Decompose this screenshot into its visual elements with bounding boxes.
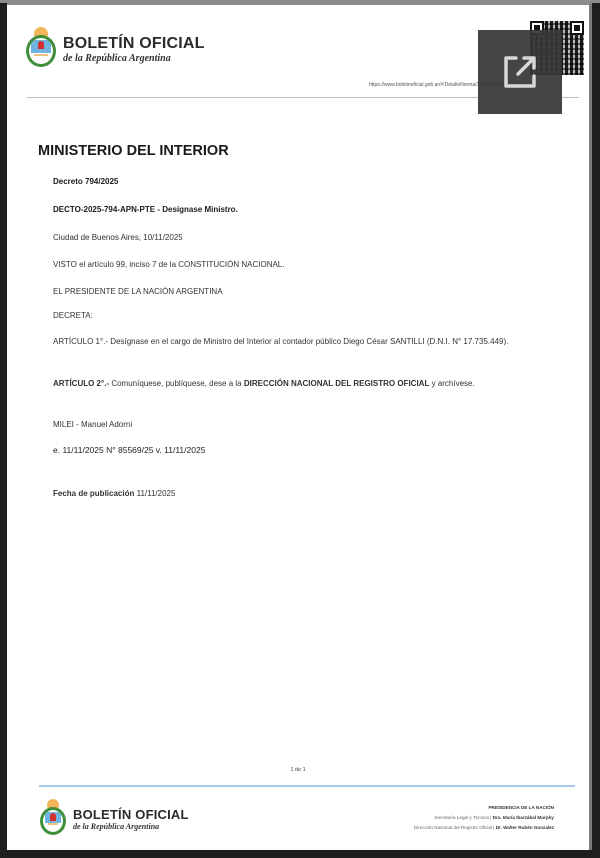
external-link-icon [500, 52, 540, 92]
footer-org-header: PRESIDENCIA DE LA NACIÓN [414, 803, 554, 813]
articulo-2-bold: DIRECCIÓN NACIONAL DEL REGISTRO OFICIAL [244, 379, 430, 388]
visto-paragraph: VISTO el artículo 99, inciso 7 de la CON… [53, 260, 284, 269]
publication-label: Fecha de publicación [53, 489, 134, 498]
edition-line: e. 11/11/2025 N° 85569/25 v. 11/11/2025 [53, 445, 205, 455]
decreta-line: DECRETA: [53, 311, 93, 320]
footer-line1-name: Dra. María Ibarzábal Murphy [493, 815, 554, 820]
footer-line2-name: Dr. Walter Rubén Gonzalez [496, 825, 554, 830]
footer-logo-title: BOLETÍN OFICIAL [73, 808, 189, 821]
articulo-2-text-a: Comuníquese, publíquese, dese a la [109, 379, 244, 388]
footer-credits: PRESIDENCIA DE LA NACIÓN Secretaría Lega… [414, 803, 554, 833]
articulo-2-text-b: y archívese. [429, 379, 474, 388]
footer-logo-subtitle: de la República Argentina [73, 823, 189, 831]
publication-date: Fecha de publicación 11/11/2025 [53, 489, 175, 498]
header-logo: BOLETÍN OFICIAL de la República Argentin… [25, 27, 205, 73]
document-page: BOLETÍN OFICIAL de la República Argentin… [7, 3, 592, 850]
publication-value: 11/11/2025 [137, 489, 176, 498]
decree-reference: DECTO-2025-794-APN-PTE - Desígnase Minis… [53, 205, 238, 214]
articulo-1-text: Desígnase en el cargo de Ministro del In… [108, 337, 508, 346]
place-date: Ciudad de Buenos Aires, 10/11/2025 [53, 233, 183, 242]
decree-number: Decreto 794/2025 [53, 177, 118, 186]
presidente-line: EL PRESIDENTE DE LA NACIÓN ARGENTINA [53, 287, 223, 296]
page-number: 1 de 1 [7, 767, 589, 773]
articulo-1-label: ARTÍCULO 1°.- [53, 337, 108, 346]
footer-line2-label: Dirección Nacional del Registro Oficial … [414, 825, 496, 830]
footer-divider [39, 785, 575, 787]
logo-title: BOLETÍN OFICIAL [63, 36, 205, 52]
coat-of-arms-icon [39, 799, 67, 839]
signature: MILEI - Manuel Adorni [53, 420, 132, 429]
articulo-2-label: ARTÍCULO 2°.- [53, 379, 109, 388]
footer-line1-label: Secretaría Legal y Técnica | [434, 815, 492, 820]
footer-logo: BOLETÍN OFICIAL de la República Argentin… [39, 799, 189, 839]
articulo-1: ARTÍCULO 1°.- Desígnase en el cargo de M… [53, 335, 543, 348]
open-external-button[interactable] [478, 30, 562, 114]
logo-subtitle: de la República Argentina [63, 54, 205, 64]
ministry-title: MINISTERIO DEL INTERIOR [38, 143, 229, 159]
articulo-2: ARTÍCULO 2°.- Comuníquese, publíquese, d… [53, 377, 543, 390]
coat-of-arms-icon [25, 27, 57, 73]
